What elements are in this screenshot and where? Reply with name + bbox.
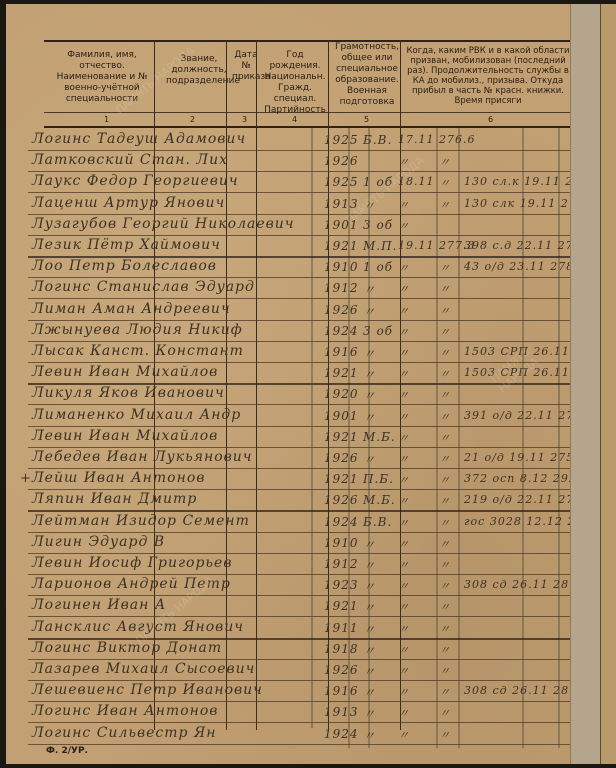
person-name: Левин Иван Михайлов — [32, 364, 218, 380]
table-row: Лысак Канст. Констант1916〃〃〃1503 СРП 26.… — [6, 342, 574, 364]
birth-year: 1921 — [324, 366, 359, 380]
table-row: Логинс Тадеуш Адамович1925Б.В.17.11276.6 — [6, 130, 574, 152]
education: П.Б. — [363, 472, 394, 486]
birth-year: 1910 — [324, 260, 359, 274]
call-date: 〃 — [398, 387, 410, 403]
birth-year: 1921 — [324, 472, 359, 486]
colnum-3: 3 — [242, 115, 247, 124]
birth-year: 1921 — [324, 599, 359, 613]
colnum-5: 5 — [364, 115, 369, 124]
education: 〃 — [363, 621, 376, 638]
table-row: Лузагубов Георгий Николаевич19013 об〃 — [6, 215, 574, 237]
birth-year: 1921 — [324, 430, 359, 444]
table-row: Лешевиенс Петр Иванович1916〃〃〃308 сд 26.… — [6, 681, 574, 703]
call-date: 〃 — [398, 493, 410, 509]
row-mark: + — [20, 471, 31, 486]
header-top-rule — [44, 40, 576, 42]
education: 〃 — [363, 684, 376, 701]
call-ref: 〃 — [439, 260, 451, 276]
person-name: Лиман Аман Андреевич — [32, 301, 231, 317]
call-ref: 〃 — [439, 430, 451, 446]
arrival-info: 43 о/д 23.11 278.4 — [464, 260, 587, 273]
call-ref: 〃 — [439, 345, 451, 361]
call-date: 〃 — [398, 684, 410, 700]
education: Б.В. — [363, 515, 392, 529]
person-name: Лаукс Федор Георгиевич — [32, 173, 239, 189]
table-row: Логинс Виктор Донат1918〃〃〃 — [6, 639, 574, 661]
call-date: 〃 — [398, 599, 410, 615]
birth-year: 1925 — [324, 175, 359, 189]
birth-year: 1926 — [324, 493, 359, 507]
call-ref: 〃 — [439, 175, 451, 191]
call-ref: 〃 — [439, 599, 451, 615]
binding-strip — [570, 4, 601, 764]
education: 〃 — [363, 578, 376, 595]
person-name: Ляпин Иван Дмитр — [32, 491, 197, 507]
education: 3 об — [363, 218, 393, 232]
education: 〃 — [363, 387, 376, 404]
call-date: 〃 — [398, 303, 410, 319]
education: 〃 — [363, 705, 376, 722]
call-date: 〃 — [398, 536, 410, 552]
call-ref: 〃 — [439, 324, 451, 340]
colnum-rule — [44, 126, 576, 128]
table-row: Лиманенко Михаил Андр1901〃〃〃391 о/д 22.1… — [6, 406, 574, 428]
call-date: 〃 — [398, 515, 410, 531]
call-date: 〃 — [398, 345, 410, 361]
call-ref: 〃 — [439, 578, 451, 594]
table-row: Лезик Пётр Хаймович1921М.П.19.11277.3398… — [6, 236, 574, 258]
header-col4: Год рождения. Национальн. Гражд. специал… — [262, 50, 328, 116]
call-ref: 〃 — [439, 387, 451, 403]
table-row: Лжынуева Людия Никиф19243 об〃〃 — [6, 321, 574, 343]
call-date: 〃 — [398, 621, 410, 637]
person-name: Лигин Эдуард В — [32, 534, 165, 550]
table-row: Левин Иосиф Григорьев1912〃〃〃 — [6, 554, 574, 576]
birth-year: 1912 — [324, 281, 359, 295]
education: 〃 — [363, 281, 376, 298]
table-row: Левин Иван Михайлов1921М.Б.〃〃 — [6, 427, 574, 449]
person-name: Левин Иван Михайлов — [32, 428, 218, 444]
call-ref: 〃 — [439, 154, 451, 170]
person-name: Логинс Иван Антонов — [32, 703, 218, 719]
education: 1 об — [363, 260, 393, 274]
table-row: Ликуля Яков Иванович1920〃〃〃 — [6, 384, 574, 406]
person-name: Лиманенко Михаил Андр — [32, 407, 241, 423]
education: 〃 — [363, 366, 376, 383]
person-name: Лейтман Изидор Семент — [32, 513, 250, 529]
call-ref: 276.6 — [439, 133, 476, 146]
person-name: Лысак Канст. Констант — [32, 343, 244, 359]
colnum-6: 6 — [488, 115, 493, 124]
education: 〃 — [363, 599, 376, 616]
education: 〃 — [363, 409, 376, 426]
call-date: 〃 — [398, 218, 410, 234]
education: М.Б. — [363, 430, 396, 444]
person-name: Логинс Виктор Донат — [32, 640, 222, 656]
call-date: 〃 — [398, 197, 410, 213]
call-ref: 〃 — [439, 515, 451, 531]
education: 〃 — [363, 303, 376, 320]
page-edge — [600, 4, 616, 764]
row-rule — [28, 744, 570, 745]
table-row: Логинс Станислав Эдуард1912〃〃〃 — [6, 278, 574, 300]
arrival-info: 21 о/д 19.11 275.4 — [464, 451, 587, 464]
birth-year: 1910 — [324, 536, 359, 550]
person-name: Лазарев Михаил Сысоевич — [32, 661, 255, 677]
table-row: Латковский Стан. Лих1926〃〃 — [6, 151, 574, 173]
call-ref: 〃 — [439, 536, 451, 552]
call-date: 〃 — [398, 366, 410, 382]
person-name: Лузагубов Георгий Николаевич — [32, 216, 295, 232]
birth-year: 1916 — [324, 684, 359, 698]
colnum-2: 2 — [190, 115, 195, 124]
birth-year: 1921 — [324, 239, 359, 253]
table-row: Ляпин Иван Дмитр1926М.Б.〃〃219 о/д 22.11 … — [6, 490, 574, 512]
call-date: 〃 — [398, 472, 410, 488]
person-name: Логинс Станислав Эдуард — [32, 279, 255, 295]
call-date: 〃 — [398, 557, 410, 573]
birth-year: 1926 — [324, 303, 359, 317]
header-col5: Грамотность, общее или специальное образ… — [334, 42, 400, 108]
birth-year: 1918 — [324, 642, 359, 656]
call-ref: 〃 — [439, 493, 451, 509]
person-name: Логинс Сильвестр Ян — [32, 725, 216, 741]
education: 〃 — [363, 536, 376, 553]
call-date: 〃 — [398, 642, 410, 658]
call-ref: 〃 — [439, 472, 451, 488]
person-name: Латковский Стан. Лих — [32, 152, 228, 168]
person-name: Лебедев Иван Лукьянович — [32, 449, 253, 465]
table-row: Лаценш Артур Янович1913〃〃〃130 слк 19.11 … — [6, 194, 574, 216]
table-row: Лаукс Федор Георгиевич19251 об18.11〃130 … — [6, 172, 574, 194]
call-ref: 〃 — [439, 663, 451, 679]
education: 〃 — [363, 642, 376, 659]
call-ref: 〃 — [439, 303, 451, 319]
education: 3 об — [363, 324, 393, 338]
call-date: 19.11 — [398, 239, 435, 252]
call-ref: 〃 — [439, 557, 451, 573]
birth-year: 1916 — [324, 345, 359, 359]
call-ref: 〃 — [439, 366, 451, 382]
person-name: Лоо Петр Болеславов — [32, 258, 217, 274]
table-row: Лиман Аман Андреевич1926〃〃〃 — [6, 300, 574, 322]
call-date: 〃 — [398, 663, 410, 679]
call-ref: 〃 — [439, 727, 451, 743]
form-code: Ф. 2/УР. — [46, 746, 88, 756]
table-row: Логинс Иван Антонов1913〃〃〃 — [6, 702, 574, 724]
table-row: Лоо Петр Болеславов19101 об〃〃43 о/д 23.1… — [6, 257, 574, 279]
birth-year: 1912 — [324, 557, 359, 571]
call-date: 〃 — [398, 260, 410, 276]
table-row: Лебедев Иван Лукьянович1926〃〃〃21 о/д 19.… — [6, 448, 574, 470]
colnum-1: 1 — [104, 115, 109, 124]
education: 〃 — [363, 727, 376, 744]
birth-year: 1901 — [324, 409, 359, 423]
call-date: 〃 — [398, 705, 410, 721]
education: 〃 — [363, 557, 376, 574]
table-row: Лигин Эдуард В1910〃〃〃 — [6, 533, 574, 555]
person-name: Лешевиенс Петр Иванович — [32, 682, 263, 698]
person-name: Лейш Иван Антонов — [32, 470, 205, 486]
birth-year: 1926 — [324, 154, 359, 168]
person-name: Лжынуева Людия Никиф — [32, 322, 243, 338]
call-date: 〃 — [398, 451, 410, 467]
birth-year: 1913 — [324, 705, 359, 719]
table-row: Логинс Сильвестр Ян1924〃〃〃 — [6, 724, 574, 746]
call-ref: 〃 — [439, 642, 451, 658]
table-row: Ларионов Андрей Петр1923〃〃〃308 сд 26.11 … — [6, 575, 574, 597]
call-ref: 〃 — [439, 197, 451, 213]
birth-year: 1925 — [324, 133, 359, 147]
birth-year: 1926 — [324, 663, 359, 677]
birth-year: 1911 — [324, 621, 359, 635]
call-date: 〃 — [398, 430, 410, 446]
table-row: Лейтман Изидор Семент1924Б.В.〃〃гос 3028 … — [6, 512, 574, 534]
birth-year: 1924 — [324, 727, 359, 741]
person-name: Лаценш Артур Янович — [32, 195, 225, 211]
education: 〃 — [363, 345, 376, 362]
colnum-4: 4 — [292, 115, 297, 124]
call-date: 〃 — [398, 409, 410, 425]
birth-year: 1920 — [324, 387, 359, 401]
person-name: Ликуля Яков Иванович — [32, 385, 225, 401]
birth-year: 1926 — [324, 451, 359, 465]
education: 〃 — [363, 451, 376, 468]
register-sheet: Фамилия, имя, отчество. Наименование и №… — [6, 4, 574, 764]
birth-year: 1924 — [324, 324, 359, 338]
call-ref: 〃 — [439, 409, 451, 425]
header-col6: Когда, каким РВК и в какой области призв… — [404, 46, 572, 106]
call-ref: 〃 — [439, 281, 451, 297]
table-row: Лансклис Август Янович1911〃〃〃 — [6, 618, 574, 640]
call-date: 17.11 — [398, 133, 435, 146]
person-name: Лезик Пётр Хаймович — [32, 237, 221, 253]
call-date: 〃 — [398, 578, 410, 594]
birth-year: 1924 — [324, 515, 359, 529]
call-ref: 〃 — [439, 684, 451, 700]
call-ref: 〃 — [439, 705, 451, 721]
education: М.П. — [363, 239, 397, 253]
call-ref: 〃 — [439, 621, 451, 637]
call-date: 〃 — [398, 727, 410, 743]
table-row: Лазарев Михаил Сысоевич1926〃〃〃 — [6, 660, 574, 682]
education: 〃 — [363, 663, 376, 680]
table-row: +Лейш Иван Антонов1921П.Б.〃〃372 осп 8.12… — [6, 469, 574, 491]
call-ref: 〃 — [439, 451, 451, 467]
person-name: Логинс Тадеуш Адамович — [32, 131, 246, 147]
table-row: Логинен Иван А1921〃〃〃 — [6, 596, 574, 618]
person-name: Левин Иосиф Григорьев — [32, 555, 232, 571]
person-name: Логинен Иван А — [32, 597, 166, 613]
education: Б.В. — [363, 133, 392, 147]
education: М.Б. — [363, 493, 396, 507]
call-date: 〃 — [398, 324, 410, 340]
call-date: 〃 — [398, 281, 410, 297]
birth-year: 1923 — [324, 578, 359, 592]
